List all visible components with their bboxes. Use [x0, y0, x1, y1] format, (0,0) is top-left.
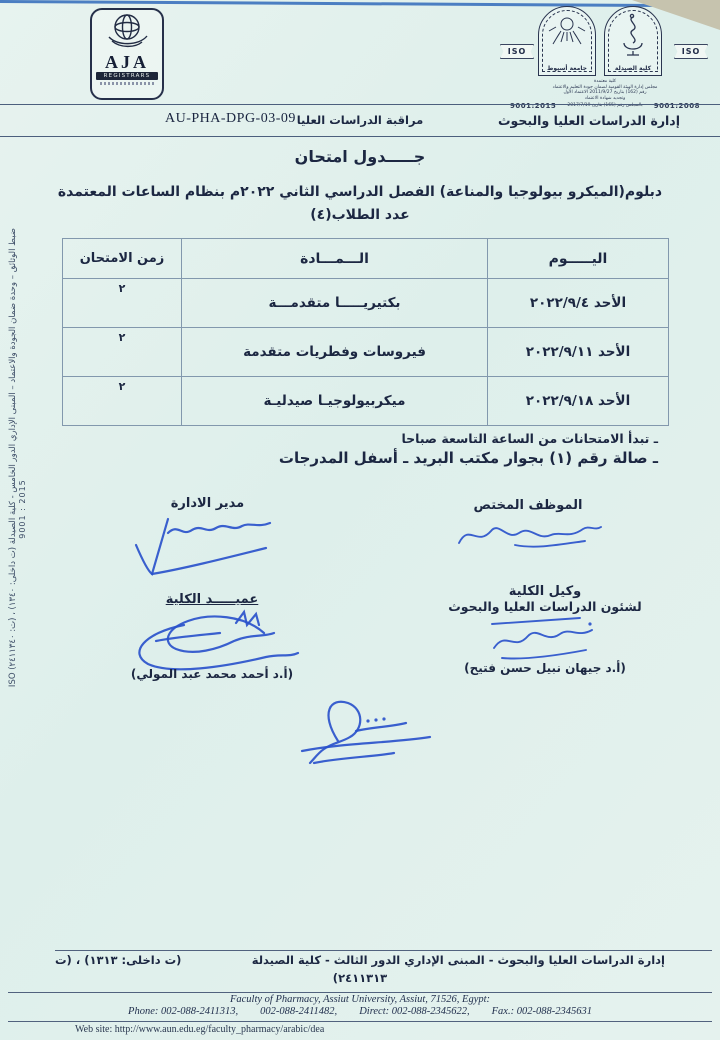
director-signature	[120, 511, 295, 577]
dean-title: عميـــــد الكلية	[92, 592, 332, 607]
sun-rays-icon	[543, 11, 591, 61]
graduate-studies-department-label: إدارة الدراسات العليا والبحوث	[498, 113, 680, 128]
day-cell: الأحد ٢٠٢٢/٩/١٨	[488, 377, 669, 426]
side-vertical-text: ضبط الوثائق – وحدة ضمان الجودة والاعتماد…	[8, 228, 34, 790]
table-header-row: اليـــــوم الـــمـــادة زمن الامتحان	[63, 239, 669, 279]
footer-divider	[8, 1021, 712, 1022]
footer-contact-row: Phone: 002-088-2411313, 002-088-2411482,…	[0, 1006, 720, 1017]
officer-signature	[443, 513, 613, 557]
footer-arabic-row: إدارة الدراسات العليا والبحوث - المبنى ا…	[55, 953, 665, 967]
subtitle-line1: دبلوم(الميكرو بيولوجيا والمناعة) الفصل ا…	[0, 181, 720, 204]
table-row: الأحد ٢٠٢٢/٩/١١ فيروسات وفطريات متقدمة ٢	[63, 328, 669, 377]
footer-phone2: 002-088-2411482,	[260, 1006, 337, 1017]
footer-direct: Direct: 002-088-2345622,	[359, 1006, 469, 1017]
director-signature-block: مدير الادارة	[100, 496, 315, 581]
subtitle-line2: عدد الطلاب(٤)	[0, 204, 720, 227]
university-emblem: جامعة أسيوط	[538, 6, 596, 76]
aja-microtext	[100, 82, 155, 85]
pharmacy-emblem: كلية الصيدلة	[604, 6, 662, 76]
duration-cell: ٢	[63, 279, 182, 328]
subject-column-header: الـــمـــادة	[182, 239, 488, 279]
footer-phone-number: ٢٤١١٣١٣)	[0, 971, 720, 985]
subject-cell: بكتيريـــــا متقدمـــة	[182, 279, 488, 328]
footer-internal-phone: (ت داخلى: ١٣١٣) ، (ت	[55, 953, 181, 967]
footer-fax: Fax.: 002-088-2345631	[492, 1006, 592, 1017]
duration-cell: ٢	[63, 328, 182, 377]
duration-cell: ٢	[63, 377, 182, 426]
university-emblem-label: جامعة أسيوط	[539, 65, 595, 72]
aja-logo-text: AJA	[92, 54, 162, 70]
document-code: AU-PHA-DPG-03-09	[165, 111, 296, 127]
exam-notes: ـ تبدأ الامتحانات من الساعة التاسعة صباح…	[279, 431, 658, 467]
document-header-band: AU-PHA-DPG-03-09 مراقبة الدراسات العليا …	[0, 104, 720, 137]
day-cell: الأحد ٢٠٢٢/٩/١١	[488, 328, 669, 377]
dean-signature	[112, 607, 312, 673]
aja-registrars-logo: AJA REGISTRARS	[90, 8, 164, 100]
globe-hand-icon	[95, 12, 159, 50]
subject-cell: ميكربيولوجيـا صيدليـة	[182, 377, 488, 426]
vice-dean-signature	[470, 614, 620, 662]
pharmacy-emblem-label: كلية الصيدلة	[605, 65, 661, 72]
table-row: الأحد ٢٠٢٢/٩/٤ بكتيريـــــا متقدمـــة ٢	[63, 279, 669, 328]
center-signature	[272, 693, 457, 775]
officer-signature-block: الموظف المختص	[428, 498, 628, 561]
vice-dean-title: وكيل الكلية	[425, 584, 665, 599]
note-location: ـ صالة رقم (١) بجوار مكتب البريد ـ أسفل …	[279, 449, 658, 467]
dean-signature-block: عميـــــد الكلية (أ.د أحمد محمد عبد المو…	[92, 592, 332, 681]
officer-title: الموظف المختص	[428, 498, 628, 513]
scanned-document-page: AJA REGISTRARS ISO جامعة أسيوط	[0, 0, 720, 1040]
iso-ribbon-left: ISO	[500, 44, 534, 59]
footer-faculty-address: Faculty of Pharmacy, Assiut University, …	[0, 994, 720, 1005]
day-column-header: اليـــــوم	[488, 239, 669, 279]
footer-phone1: Phone: 002-088-2411313,	[128, 1006, 238, 1017]
exam-schedule-table: اليـــــوم الـــمـــادة زمن الامتحان الأ…	[62, 238, 669, 426]
day-cell: الأحد ٢٠٢٢/٩/٤	[488, 279, 669, 328]
accreditation-line: وتجديد شهادة الاعتماد	[510, 96, 700, 102]
page-title: جـــــدول امتحان	[0, 147, 720, 166]
table-row: الأحد ٢٠٢٢/٩/١٨ ميكربيولوجيـا صيدليـة ٢	[63, 377, 669, 426]
aja-registrars-text: REGISTRARS	[96, 72, 158, 80]
vice-dean-name: (أ.د جيهان نبيل حسن فتيح)	[425, 661, 665, 675]
snake-cup-icon	[609, 11, 657, 61]
subject-cell: فيروسات وفطريات متقدمة	[182, 328, 488, 377]
director-title: مدير الادارة	[100, 496, 315, 511]
footer-website: Web site: http://www.aun.edu.eg/faculty_…	[75, 1024, 324, 1035]
footer-divider	[55, 950, 712, 951]
postgraduate-monitoring-label: مراقبة الدراسات العليا	[297, 113, 424, 127]
vice-dean-subtitle: لشئون الدراسات العليا والبحوث	[425, 599, 665, 614]
iso-ribbon-right: ISO	[674, 44, 708, 59]
emblems-group: ISO جامعة أسيوط كلية الصيدلة ISO	[538, 6, 670, 76]
duration-column-header: زمن الامتحان	[63, 239, 182, 279]
exam-subtitle: دبلوم(الميكرو بيولوجيا والمناعة) الفصل ا…	[0, 181, 720, 227]
iso-standard-text: 9001 : 2015	[18, 228, 27, 790]
vice-dean-signature-block: وكيل الكلية لشئون الدراسات العليا والبحو…	[425, 584, 665, 675]
footer-department-address: إدارة الدراسات العليا والبحوث - المبنى ا…	[252, 953, 665, 967]
note-start-time: ـ تبدأ الامتحانات من الساعة التاسعة صباح…	[279, 431, 658, 446]
document-control-text: ضبط الوثائق – وحدة ضمان الجودة والاعتماد…	[8, 228, 18, 790]
footer-divider	[8, 992, 712, 993]
